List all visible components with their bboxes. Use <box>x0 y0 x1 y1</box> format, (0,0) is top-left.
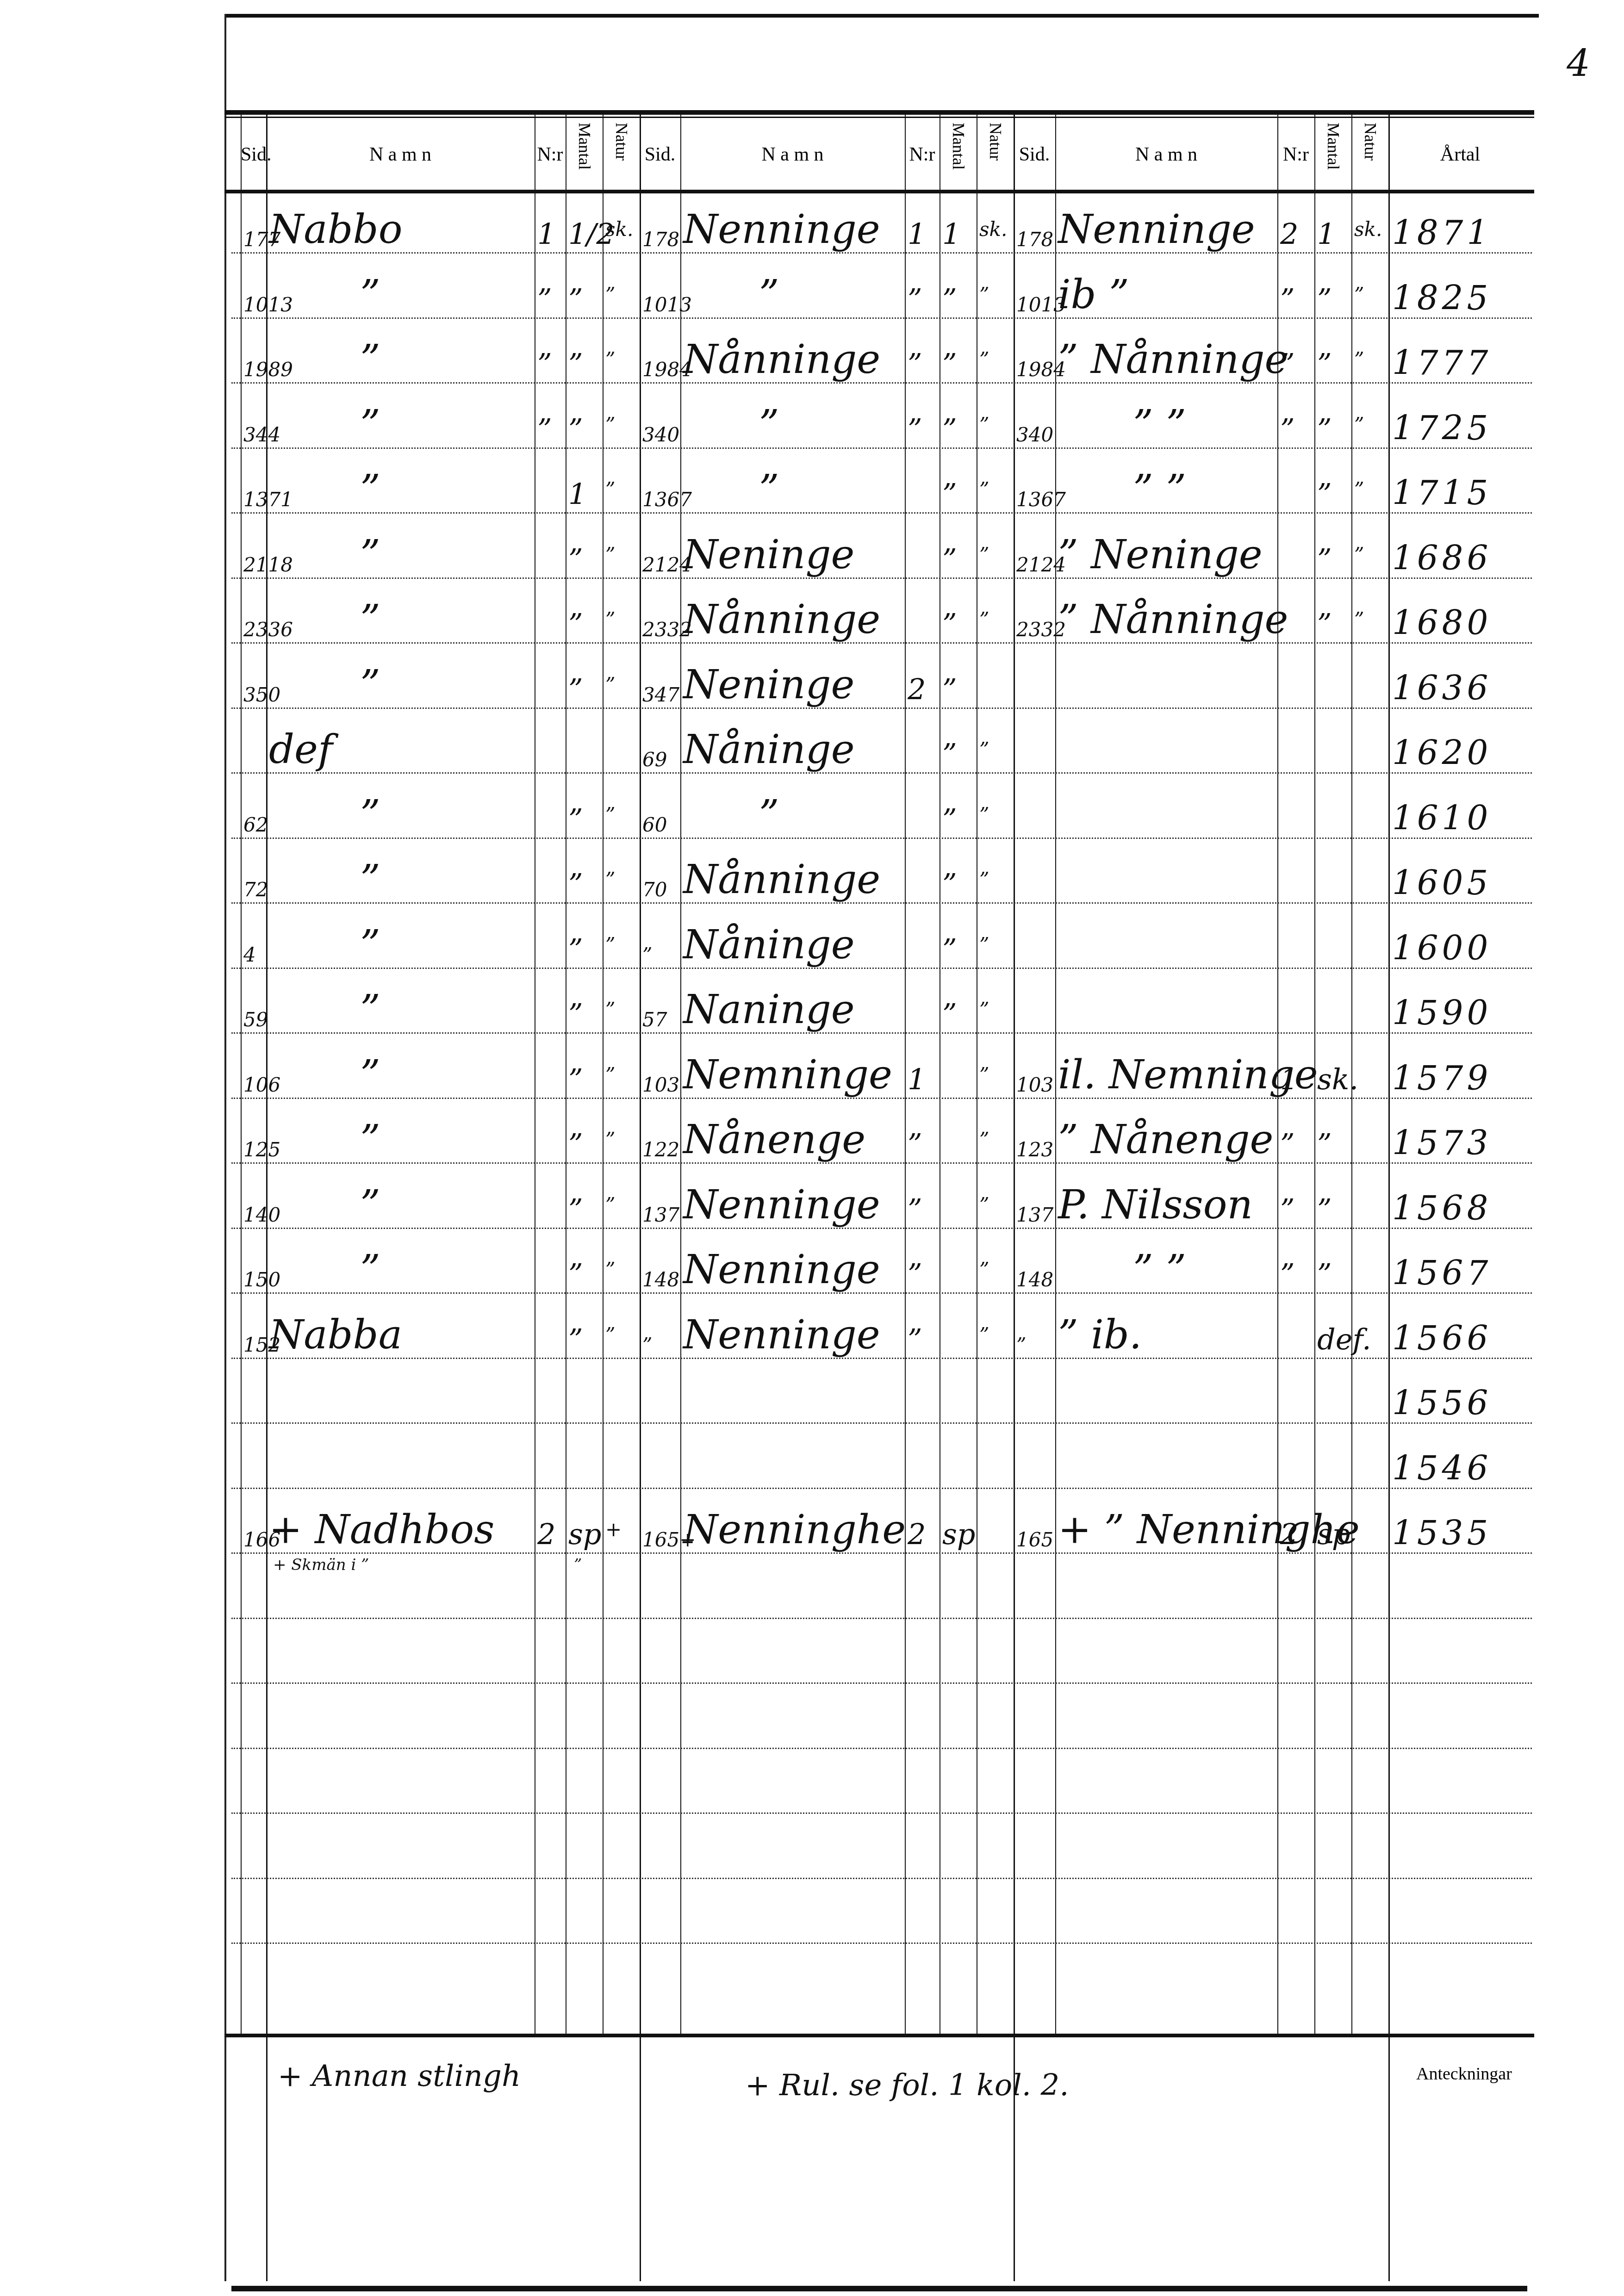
cell-mantal: ” <box>568 675 583 704</box>
row-rule <box>231 1032 1532 1034</box>
cell-natur: ” <box>979 480 989 499</box>
cell-sid: 70 <box>642 880 667 900</box>
cell-natur: ” <box>605 1195 615 1215</box>
cell-mantal: ” <box>568 935 583 964</box>
header-bottom-rule <box>224 190 1534 193</box>
cell-sid: ” <box>1016 1335 1026 1355</box>
cell-namn: ” <box>360 535 380 575</box>
cell-natur: ” <box>605 285 615 304</box>
cell-mantal: ” <box>568 1195 583 1224</box>
cell-natur: sk. <box>605 220 633 239</box>
cell-natur: ” <box>1354 545 1364 565</box>
cell-mantal: ” <box>568 545 583 574</box>
cell-namn: Nemninge <box>683 1055 892 1095</box>
page-top-rule <box>224 14 1539 18</box>
page-number: 4 <box>1567 42 1590 85</box>
cell-sid: 140 <box>243 1205 280 1225</box>
cell-namn: ” ” <box>1133 1250 1186 1290</box>
cell-namn: Nånenge <box>683 1120 865 1160</box>
cell-namn: ” <box>360 1250 380 1290</box>
cell-namn: Nenninge <box>683 1315 880 1355</box>
cell-mantal: sk. <box>1317 1065 1358 1094</box>
cell-namn: + Nadhbos <box>269 1510 494 1550</box>
cell-sid: 137 <box>1016 1205 1053 1225</box>
cell-natur: ” <box>1354 480 1364 499</box>
row-rule <box>231 1812 1532 1814</box>
footer-divider <box>266 2034 268 2281</box>
header-namn: N a m n <box>680 143 905 166</box>
cell-nr: ” <box>908 350 922 379</box>
row-rule <box>231 642 1532 644</box>
cell-mantal: ” <box>1317 1260 1332 1289</box>
cell-natur: ” <box>1354 610 1364 629</box>
cell-artal: 1535 <box>1392 1516 1492 1550</box>
header-namn: N a m n <box>1055 143 1277 166</box>
cell-namn: ” <box>360 470 380 509</box>
cell-namn: ” <box>759 275 779 315</box>
cell-namn: ” <box>360 405 380 445</box>
cell-sid: 1013 <box>243 295 287 315</box>
cell-mantal: ” <box>942 675 957 704</box>
row-rule <box>231 1618 1532 1619</box>
cell-artal: 1871 <box>1392 216 1492 249</box>
cell-sid: 72 <box>243 880 268 900</box>
cell-nr: 2 <box>1280 1520 1298 1549</box>
cell-mantal: ” <box>568 285 583 314</box>
cell-nr: ” <box>1280 1195 1295 1224</box>
row-rule <box>231 512 1532 514</box>
cell-namn: Nabbo <box>269 210 402 249</box>
cell-sid: ” <box>642 945 652 965</box>
cell-artal: 1725 <box>1392 411 1492 445</box>
cell-mantal: sp <box>942 1520 976 1549</box>
cell-mantal: ” <box>568 415 583 444</box>
cell-nr: ” <box>908 415 922 444</box>
row-rule <box>231 707 1532 709</box>
cell-sid: 57 <box>642 1010 667 1030</box>
column-divider <box>1014 113 1015 2034</box>
cell-sid: 340 <box>642 425 679 445</box>
column-divider <box>905 113 906 2034</box>
column-divider <box>1388 113 1390 2034</box>
cell-namn: Nenninge <box>683 1185 880 1225</box>
row-rule <box>231 902 1532 904</box>
column-divider <box>241 113 242 2034</box>
cell-nr: ” <box>1280 350 1295 379</box>
page-bottom-edge <box>231 2286 1527 2291</box>
row-rule <box>231 838 1532 839</box>
column-divider <box>603 113 604 2034</box>
cell-nr: ” <box>908 1130 922 1159</box>
cell-natur: + <box>605 1520 622 1539</box>
cell-natur: ” <box>1354 415 1364 434</box>
cell-namn: il. Nemninge <box>1058 1055 1299 1095</box>
header-sid: Sid. <box>1014 143 1055 166</box>
cell-artal: 1546 <box>1392 1452 1492 1485</box>
cell-artal: 1620 <box>1392 736 1492 769</box>
cell-mantal: 1 <box>942 220 960 248</box>
cell-natur: ” <box>979 350 989 369</box>
cell-mantal: ” <box>568 805 583 834</box>
cell-mantal: ” <box>1317 480 1332 509</box>
header-sid: Sid. <box>241 143 266 166</box>
cell-namn: ” ” <box>1133 470 1186 509</box>
cell-sid: 178 <box>642 230 679 249</box>
cell-artal: 1568 <box>1392 1191 1492 1225</box>
cell-natur: ” <box>605 1260 615 1279</box>
cell-mantal: ” <box>1317 350 1332 379</box>
cell-namn: P. Nilsson <box>1058 1185 1253 1225</box>
cell-namn: Nenninge <box>683 1250 880 1290</box>
cell-namn: Neninge <box>683 535 854 575</box>
column-divider <box>1055 113 1056 2034</box>
cell-natur: ” <box>979 545 989 565</box>
cell-sid: 2336 <box>243 620 287 639</box>
cell-natur: ” <box>979 870 989 889</box>
row-rule <box>231 1228 1532 1229</box>
cell-natur: ” <box>979 1325 989 1345</box>
row-rule <box>231 317 1532 319</box>
cell-nr: ” <box>1280 415 1295 444</box>
footnote-middle: + Rul. se fol. 1 kol. 2. <box>745 2068 1069 2103</box>
cell-namn: ” <box>759 405 779 445</box>
cell-natur: ” <box>1354 350 1364 369</box>
cell-artal: 1605 <box>1392 866 1492 900</box>
row-rule <box>231 1748 1532 1749</box>
cell-natur: ” <box>979 740 989 759</box>
cell-natur: ” <box>605 545 615 565</box>
cell-natur: ” <box>605 1325 615 1345</box>
cell-namn: ” <box>360 795 380 835</box>
header-top-rule-thin <box>224 117 1534 118</box>
cell-mantal: ” <box>1317 415 1332 444</box>
row-rule <box>231 1292 1532 1294</box>
cell-natur: ” <box>605 1065 615 1085</box>
cell-sid: 178 <box>1016 230 1053 249</box>
cell-natur: ” <box>979 1065 989 1085</box>
cell-mantal: def. <box>1317 1325 1371 1354</box>
cell-nr: 2 <box>1280 220 1298 248</box>
cell-sid: 1371 <box>243 490 287 509</box>
row-rule <box>231 968 1532 969</box>
cell-sid: 103 <box>1016 1075 1053 1095</box>
cell-namn: Nåninge <box>683 925 855 965</box>
cell-namn: ” <box>360 1120 380 1160</box>
cell-natur: ” <box>979 1000 989 1019</box>
cell-mantal: ” <box>942 545 957 574</box>
cell-namn: ” Nånninge <box>1058 340 1288 379</box>
row-rule <box>231 1878 1532 1879</box>
cell-sid: 122 <box>642 1140 679 1160</box>
footer-divider <box>640 2034 641 2281</box>
cell-natur: sk. <box>1354 220 1382 239</box>
notes-label: Anteckningar <box>1416 2064 1512 2084</box>
cell-mantal: 1 <box>568 480 586 509</box>
cell-nr: 1 <box>537 220 555 248</box>
cell-artal: 1556 <box>1392 1386 1492 1420</box>
cell-natur: ” <box>979 935 989 955</box>
cell-natur: ” <box>605 1000 615 1019</box>
cell-sid: 69 <box>642 750 667 769</box>
row-rule <box>231 577 1532 579</box>
cell-namn: Nenninge <box>1058 210 1255 249</box>
cell-artal: 1600 <box>1392 931 1492 965</box>
cell-mantal: ” <box>568 1065 583 1094</box>
cell-natur: ” <box>979 805 989 825</box>
cell-namn: Nånninge <box>683 600 880 639</box>
column-divider <box>640 113 641 2034</box>
cell-natur: ” <box>605 870 615 889</box>
cell-natur: ” <box>605 805 615 825</box>
cell-natur: ” <box>979 610 989 629</box>
cell-mantal: ” <box>942 805 957 834</box>
cell-namn: ” <box>759 470 779 509</box>
cell-sid: 106 <box>243 1075 280 1095</box>
cell-nr: ” <box>908 1195 922 1224</box>
cell-mantal: ” <box>942 350 957 379</box>
cell-mantal: ” <box>1317 545 1332 574</box>
cell-nr: ” <box>537 415 552 444</box>
row-rule <box>231 1358 1532 1359</box>
header-natur: Natur <box>986 123 1005 187</box>
cell-sid: 165 <box>1016 1530 1053 1550</box>
cell-sid: 344 <box>243 425 280 445</box>
cell-nr: ” <box>537 285 552 314</box>
header-natur: Natur <box>612 123 631 187</box>
cell-mantal: ” <box>568 1260 583 1289</box>
cell-namn: ” <box>360 600 380 639</box>
column-divider <box>940 113 940 2034</box>
cell-natur: ” <box>979 1195 989 1215</box>
cell-namn: def <box>269 730 333 769</box>
cell-mantal: ” <box>942 610 957 639</box>
header-mantal: Mantal <box>949 123 968 187</box>
cell-namn: ” <box>759 795 779 835</box>
cell-sid: 1013 <box>642 295 692 315</box>
cell-namn: Nånninge <box>683 860 880 900</box>
header-artal: Årtal <box>1388 143 1532 166</box>
column-divider <box>566 113 566 2034</box>
cell-nr: 2 <box>908 675 926 704</box>
cell-artal: 1590 <box>1392 996 1492 1030</box>
cell-namn: ” <box>360 340 380 379</box>
cell-mantal: ” <box>1317 1195 1332 1224</box>
row-rule <box>231 772 1532 774</box>
cell-mantal: ” <box>1317 1130 1332 1159</box>
row-rule <box>231 382 1532 384</box>
cell-sid: 350 <box>243 685 280 705</box>
footer-rule <box>224 2034 1534 2037</box>
cell-namn: Neninge <box>683 665 854 705</box>
cell-nr: ” <box>1280 1130 1295 1159</box>
cell-sid: 4 <box>243 945 256 965</box>
row-rule <box>231 1162 1532 1164</box>
cell-nr: 1 <box>908 220 926 248</box>
footer-divider <box>1388 2034 1390 2281</box>
cell-namn: ” <box>360 925 380 965</box>
cell-mantal: ” <box>942 740 957 769</box>
cell-artal: 1825 <box>1392 281 1492 315</box>
column-divider <box>535 113 535 2034</box>
cell-sid: 123 <box>1016 1140 1053 1160</box>
cell-natur: sk. <box>979 220 1007 239</box>
row-rule <box>231 252 1532 254</box>
row-rule <box>231 1942 1532 1944</box>
cell-namn: ” <box>360 1055 380 1095</box>
cell-artal: 1566 <box>1392 1322 1492 1355</box>
page-left-edge <box>224 14 226 2281</box>
header-namn: N a m n <box>266 143 535 166</box>
cell-nr: 1 <box>1280 1065 1298 1094</box>
cell-namn: ” ib. <box>1058 1315 1142 1355</box>
cell-mantal: sp <box>1317 1520 1350 1549</box>
cell-mantal: ” <box>1317 610 1332 639</box>
cell-namn: ” <box>360 990 380 1030</box>
header-nr: N:r <box>535 143 566 166</box>
cell-mantal: ” <box>942 415 957 444</box>
cell-nr: ” <box>1280 285 1295 314</box>
cell-natur: ” <box>605 415 615 434</box>
cell-mantal: ” <box>568 870 583 899</box>
header-natur: Natur <box>1361 123 1380 187</box>
cell-mantal: ” <box>568 1130 583 1159</box>
cell-mantal-note: ” <box>574 1557 582 1573</box>
cell-mantal: ” <box>942 870 957 899</box>
cell-sid: 148 <box>642 1270 679 1290</box>
cell-artal: 1777 <box>1392 346 1492 379</box>
cell-sid: 60 <box>642 815 667 835</box>
cell-namn: Nenninge <box>683 210 880 249</box>
cell-nr: 2 <box>537 1520 555 1549</box>
cell-mantal: ” <box>568 610 583 639</box>
cell-natur: ” <box>979 285 989 304</box>
cell-sid: 62 <box>243 815 268 835</box>
header-nr: N:r <box>905 143 940 166</box>
cell-sid: ” <box>642 1335 652 1355</box>
cell-sid: 125 <box>243 1140 280 1160</box>
cell-mantal: ” <box>568 1325 583 1354</box>
cell-natur: ” <box>1354 285 1364 304</box>
cell-namn: ” <box>360 275 380 315</box>
cell-nr: ” <box>908 1260 922 1289</box>
cell-natur: ” <box>605 480 615 499</box>
cell-namn: Nenninghe <box>683 1510 906 1550</box>
cell-nr: ” <box>537 350 552 379</box>
cell-namn: + ” Nenninghe <box>1058 1510 1299 1550</box>
cell-namn: ” Nånenge <box>1058 1120 1273 1160</box>
cell-natur: ” <box>605 675 615 695</box>
cell-namn: Nabba <box>269 1315 402 1355</box>
row-rule <box>231 1488 1532 1489</box>
row-rule <box>231 447 1532 449</box>
cell-mantal: sp <box>568 1520 602 1549</box>
row-rule <box>231 1422 1532 1424</box>
cell-mantal: ” <box>942 285 957 314</box>
cell-mantal: ” <box>568 1000 583 1029</box>
cell-sid: 340 <box>1016 425 1053 445</box>
cell-sid: 1989 <box>243 360 287 379</box>
cell-natur: ” <box>979 415 989 434</box>
cell-namn: Nåninge <box>683 730 855 769</box>
cell-mantal: 1 <box>1317 220 1335 248</box>
cell-natur: ” <box>979 1130 989 1149</box>
cell-natur: ” <box>605 1130 615 1149</box>
footnote-left: + Annan stlingh <box>278 2059 521 2093</box>
cell-artal: 1636 <box>1392 671 1492 705</box>
cell-namn: ” <box>360 1185 380 1225</box>
cell-mantal: ” <box>942 1000 957 1029</box>
header-mantal: Mantal <box>1324 123 1343 187</box>
cell-natur: ” <box>979 1260 989 1279</box>
cell-nr: ” <box>1280 1260 1295 1289</box>
cell-namn: ” Nånninge <box>1058 600 1288 639</box>
cell-natur: ” <box>605 350 615 369</box>
cell-namn-note: + Skmän i ” <box>273 1557 369 1573</box>
cell-natur: ” <box>605 935 615 955</box>
cell-artal: 1686 <box>1392 541 1492 575</box>
cell-sid: 137 <box>642 1205 679 1225</box>
cell-namn: ” Neninge <box>1058 535 1263 575</box>
cell-sid: 1367 <box>642 490 692 509</box>
cell-nr: ” <box>908 1325 922 1354</box>
cell-namn: Nånninge <box>683 340 880 379</box>
cell-sid: 59 <box>243 1010 268 1030</box>
cell-natur: ” <box>605 610 615 629</box>
header-nr: N:r <box>1277 143 1314 166</box>
cell-namn: ” <box>360 665 380 705</box>
cell-artal: 1573 <box>1392 1126 1492 1160</box>
cell-nr: 2 <box>908 1520 926 1549</box>
cell-artal: 1579 <box>1392 1061 1492 1095</box>
row-rule <box>231 1682 1532 1684</box>
cell-nr: 1 <box>908 1065 926 1094</box>
cell-artal: 1567 <box>1392 1256 1492 1290</box>
header-sid: Sid. <box>640 143 680 166</box>
cell-mantal: ” <box>942 480 957 509</box>
cell-nr: ” <box>908 285 922 314</box>
cell-sid: 103 <box>642 1075 679 1095</box>
header-mantal: Mantal <box>575 123 594 187</box>
cell-artal: 1680 <box>1392 606 1492 639</box>
cell-sid: 2118 <box>243 555 287 575</box>
cell-sid: 150 <box>243 1270 280 1290</box>
cell-artal: 1610 <box>1392 801 1492 835</box>
cell-mantal: ” <box>568 350 583 379</box>
cell-namn: ” ” <box>1133 405 1186 445</box>
cell-namn: ” <box>360 860 380 900</box>
cell-namn: ib ” <box>1058 275 1129 315</box>
column-divider <box>977 113 977 2034</box>
column-divider <box>680 113 681 2034</box>
cell-sid: 347 <box>642 685 679 705</box>
cell-sid: 148 <box>1016 1270 1053 1290</box>
cell-sid: 1367 <box>1016 490 1066 509</box>
cell-namn: Naninge <box>683 990 855 1030</box>
cell-artal: 1715 <box>1392 476 1492 509</box>
cell-mantal: ” <box>942 935 957 964</box>
header-top-rule <box>224 110 1534 115</box>
cell-mantal: ” <box>1317 285 1332 314</box>
